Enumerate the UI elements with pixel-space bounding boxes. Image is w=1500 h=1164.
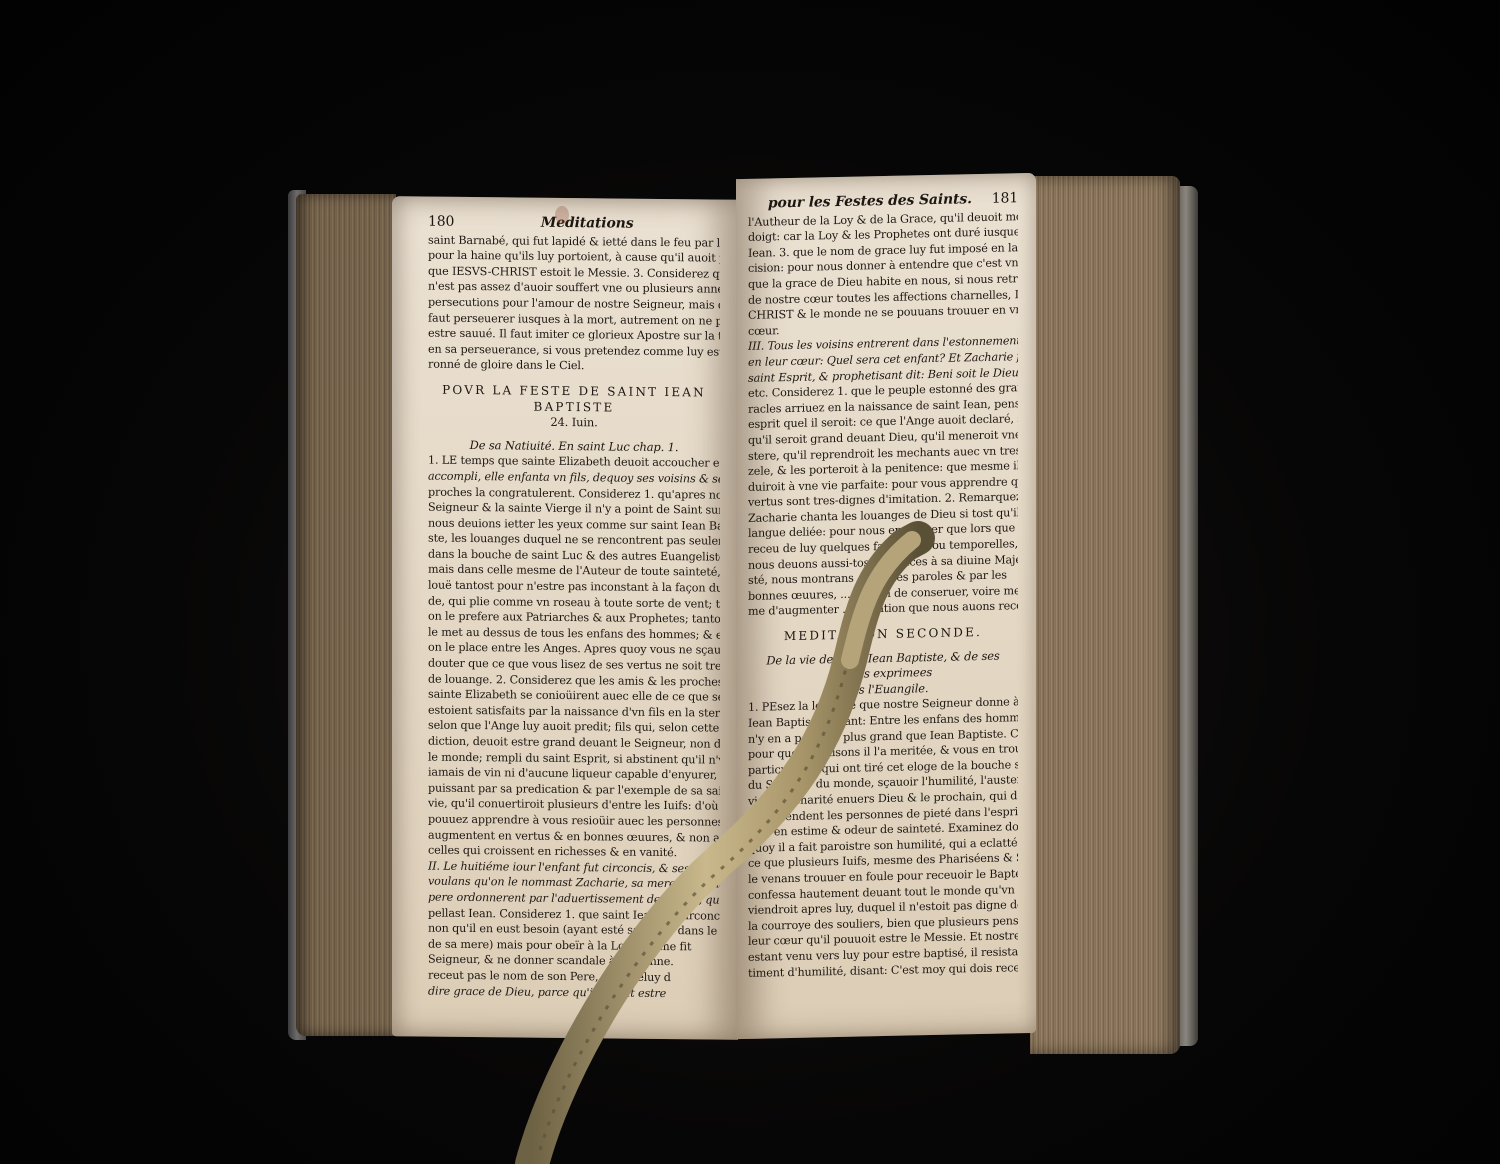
left-page: 180 Meditations saint Barnabé, qui fut l… — [392, 196, 738, 1040]
left-running-head: 180 Meditations — [428, 215, 720, 234]
right-page-number: 181 — [992, 191, 1018, 207]
left-running-title: Meditations — [454, 215, 720, 233]
text-line: dire grace de Dieu, parce qu'il deuoit e… — [428, 983, 720, 1002]
right-page: pour les Festes des Saints. 181 l'Autheu… — [736, 173, 1036, 1039]
page-stain — [555, 206, 569, 224]
page-edges-right — [1030, 176, 1180, 1054]
left-page-text: 180 Meditations saint Barnabé, qui fut l… — [428, 215, 720, 1002]
page-edges-left — [296, 194, 396, 1036]
right-page-text: pour les Festes des Saints. 181 l'Autheu… — [748, 191, 1018, 981]
open-book: 180 Meditations saint Barnabé, qui fut l… — [288, 176, 1208, 1056]
left-page-number: 180 — [428, 215, 454, 231]
text-line: ronné de gloire dans le Ciel. — [428, 357, 720, 376]
section-title: POVR LA FESTE DE SAINT IEAN BAPTISTE — [428, 383, 720, 417]
